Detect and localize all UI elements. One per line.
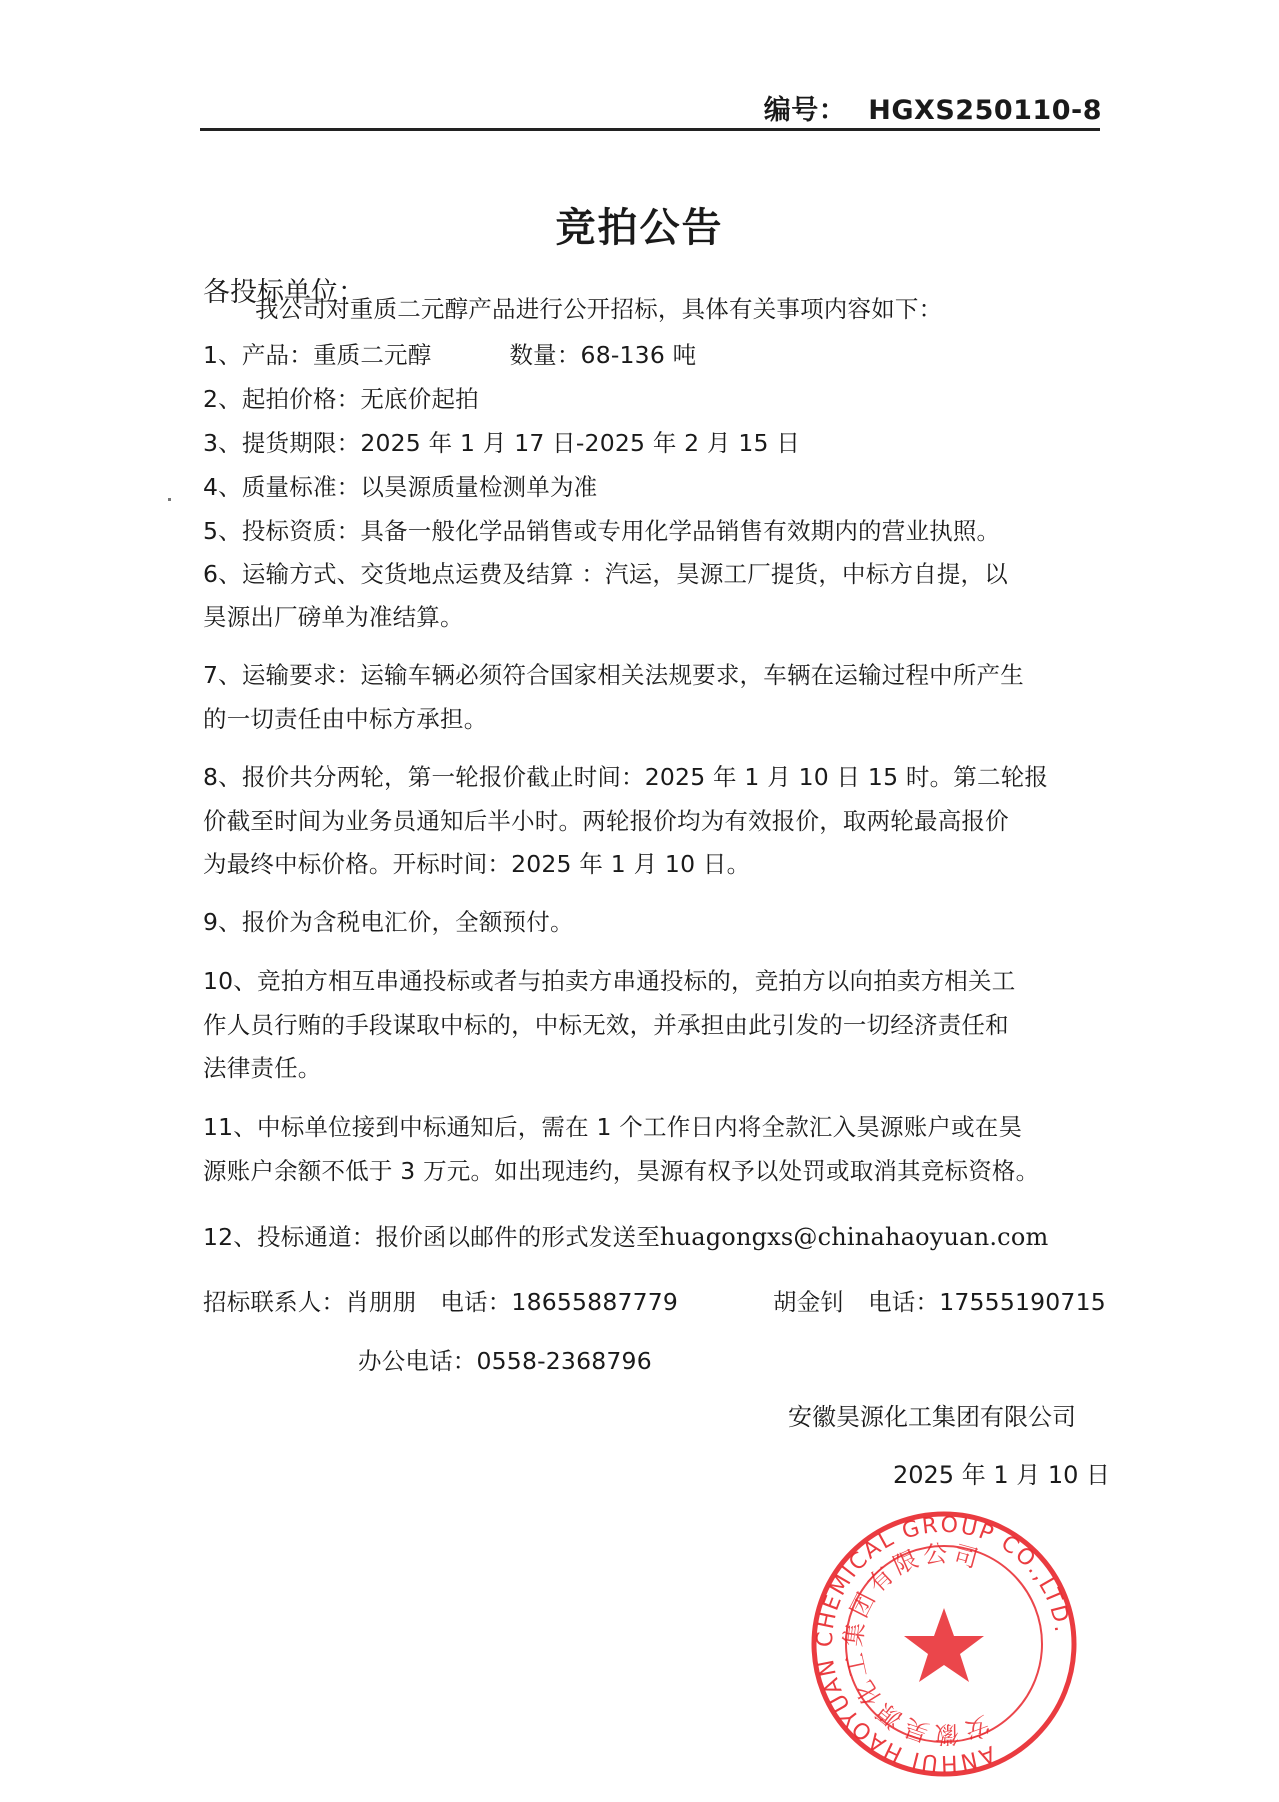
item-8-line-2: 价截至时间为业务员通知后半小时。两轮报价均为有效报价，取两轮最高报价 — [203, 802, 1009, 836]
item-7-line-1: 7、运输要求：运输车辆必须符合国家相关法规要求，车辆在运输过程中所产生 — [203, 656, 1024, 690]
item-4: 4、质量标准：以昊源质量检测单为准 — [203, 468, 597, 502]
item-1-quantity: 数量：68-136 吨 — [509, 341, 696, 369]
contacts-row: 招标联系人：肖朋朋电话：18655887779 胡金钊电话：1755519071… — [203, 1283, 1083, 1317]
item-3: 3、提货期限：2025 年 1 月 17 日-2025 年 2 月 15 日 — [203, 424, 800, 458]
item-10-line-1: 10、竞拍方相互串通投标或者与拍卖方串通投标的，竞拍方以向拍卖方相关工 — [203, 962, 1015, 996]
item-5: 5、投标资质：具备一般化学品销售或专用化学品销售有效期内的营业执照。 — [203, 512, 1000, 546]
contacts-label: 招标联系人： — [203, 1288, 345, 1316]
office-phone: 办公电话：0558-2368796 — [358, 1342, 652, 1376]
page-title: 竞拍公告 — [0, 196, 1279, 253]
document-number: 编号：HGXS250110-8 — [764, 88, 1102, 127]
item-10-line-2: 作人员行贿的手段谋取中标的，中标无效，并承担由此引发的一切经济责任和 — [203, 1006, 1009, 1040]
signing-date: 2025 年 1 月 10 日 — [893, 1455, 1110, 1490]
item-12-label: 12、投标通道：报价函以邮件的形式发送至 — [203, 1223, 660, 1251]
item-1: 1、产品：重质二元醇数量：68-136 吨 — [203, 336, 696, 370]
contact-1-phone: 电话：18655887779 — [440, 1288, 678, 1316]
document-number-label: 编号： — [764, 95, 847, 126]
item-2: 2、起拍价格：无底价起拍 — [203, 380, 479, 414]
item-8-line-3: 为最终中标价格。开标时间：2025 年 1 月 10 日。 — [203, 845, 750, 879]
scan-speck — [168, 498, 171, 501]
document-number-value: HGXS250110-8 — [868, 95, 1102, 126]
item-7-line-2: 的一切责任由中标方承担。 — [203, 700, 487, 734]
item-10-line-3: 法律责任。 — [203, 1049, 322, 1083]
item-9: 9、报价为含税电汇价，全额预付。 — [203, 903, 574, 937]
company-seal: ANHUI HAOYUAN CHEMICAL GROUP CO.,LTD. 安徽… — [808, 1508, 1080, 1780]
bid-email-link[interactable]: huagongxs@chinahaoyuan.com — [660, 1223, 1049, 1251]
contact-2-name: 胡金钊 — [773, 1288, 844, 1316]
item-11-line-2: 源账户余额不低于 3 万元。如出现违约，昊源有权予以处罚或取消其竞标资格。 — [203, 1152, 1039, 1186]
intro-paragraph: 我公司对重质二元醇产品进行公开招标，具体有关事项内容如下： — [255, 290, 942, 324]
item-11-line-1: 11、中标单位接到中标通知后，需在 1 个工作日内将全款汇入昊源账户或在昊 — [203, 1108, 1022, 1142]
signing-company: 安徽昊源化工集团有限公司 — [788, 1397, 1076, 1432]
item-12: 12、投标通道：报价函以邮件的形式发送至huagongxs@chinahaoyu… — [203, 1218, 1048, 1252]
item-8-line-1: 8、报价共分两轮，第一轮报价截止时间：2025 年 1 月 10 日 15 时。… — [203, 758, 1048, 792]
item-6-line-1: 6、运输方式、交货地点运费及结算 ：汽运，昊源工厂提货，中标方自提，以 — [203, 555, 1008, 589]
item-6-line-2: 昊源出厂磅单为准结算。 — [203, 598, 464, 632]
header-divider — [200, 128, 1100, 131]
contact-1-name: 肖朋朋 — [345, 1288, 416, 1316]
contact-2: 胡金钊电话：17555190715 — [773, 1283, 1106, 1317]
star-icon — [904, 1608, 984, 1682]
item-1-product: 1、产品：重质二元醇 — [203, 341, 431, 369]
contact-2-phone: 电话：17555190715 — [868, 1288, 1106, 1316]
